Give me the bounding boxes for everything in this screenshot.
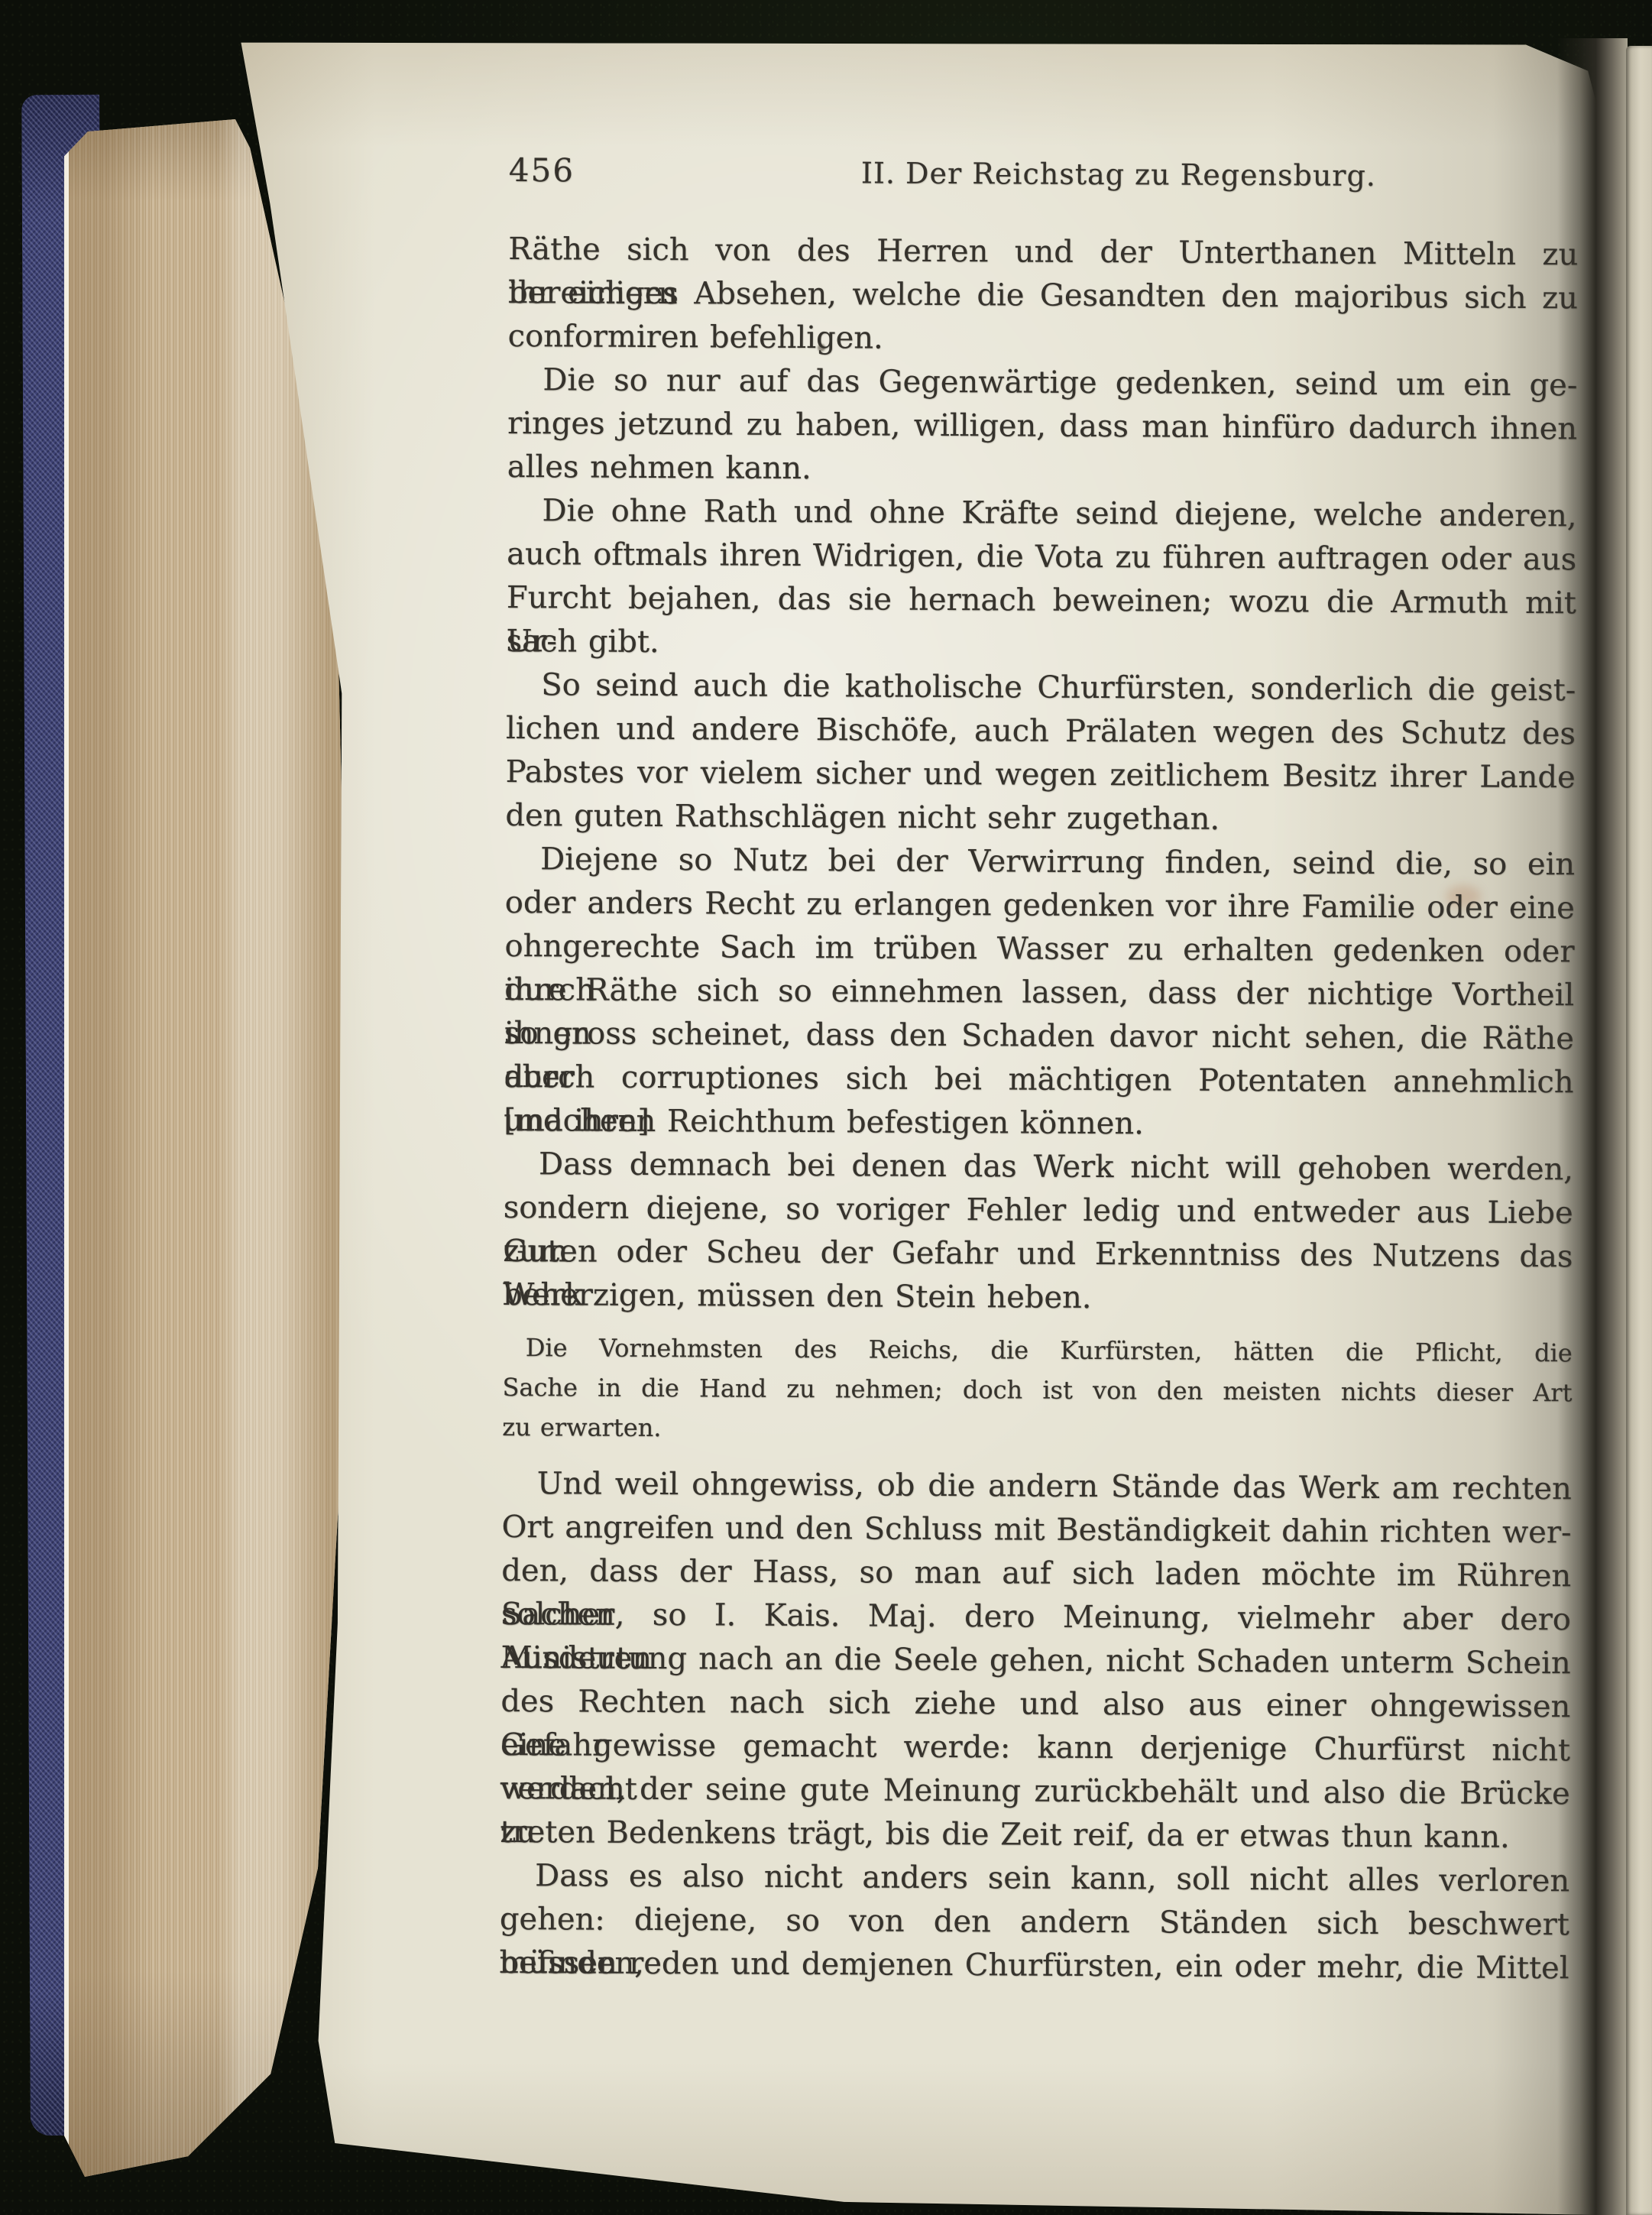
text-line: sach gibt.: [506, 620, 1576, 669]
text-line: und ihren Reichthum befestigen können.: [504, 1099, 1573, 1148]
paragraph: Die so nur auf das Gegenwärtige gedenken…: [507, 358, 1578, 495]
running-header: 456 II. Der Reichstag zu Regensburg.: [509, 151, 1579, 193]
text-line: So seind auch die katholische Churfürste…: [506, 663, 1576, 712]
text-line: werden, der seine gute Meinung zurückbeh…: [500, 1767, 1570, 1816]
book-page: 456 II. Der Reichstag zu Regensburg. Rät…: [223, 38, 1603, 2215]
book-photo: { "book": { "background_color": "#0c0f09…: [0, 0, 1652, 2215]
text-line: ihr einiges Absehen, welche die Gesandte…: [508, 271, 1578, 320]
paragraph-small-print: Die Vornehmsten des Reichs, die Kurfürst…: [502, 1328, 1573, 1452]
text-line: oder anders Recht zu erlangen gedenken v…: [505, 881, 1575, 930]
paragraphs-container: Räthe sich von des Herren und der Untert…: [499, 228, 1578, 1990]
text-line: eine gewisse gemacht werde: kann derjeni…: [500, 1724, 1570, 1772]
text-line: Ausdeutung nach an die Seele gehen, nich…: [501, 1636, 1571, 1685]
text-line: alles nehmen kann.: [507, 446, 1577, 495]
text-line: Die ohne Rath und ohne Kräfte seind diej…: [507, 489, 1576, 538]
text-line: conformiren befehligen.: [508, 315, 1578, 364]
text-line: ohngerechte Sach im trüben Wasser zu erh…: [504, 925, 1574, 974]
paragraph: Diejene so Nutz bei der Verwirrung finde…: [504, 838, 1575, 1148]
text-line: Sachen, so I. Kais. Maj. dero Meinung, v…: [501, 1593, 1571, 1642]
text-line: so gross scheinet, dass den Schaden davo…: [504, 1012, 1574, 1061]
text-line: Dass demnach bei denen das Werk nicht wi…: [504, 1143, 1573, 1192]
text-line: ringes jetzund zu haben, willigen, dass …: [507, 402, 1577, 451]
text-line: den, dass der Hass, so man auf sich lade…: [501, 1549, 1571, 1598]
text-line: Guten oder Scheu der Gefahr und Erkenntn…: [503, 1230, 1573, 1279]
text-line: des Rechten nach sich ziehe und also aus…: [500, 1680, 1570, 1729]
text-line: müssen reden und demjenen Churfürsten, e…: [499, 1941, 1569, 1990]
text-line: den guten Rathschlägen nicht sehr zugeth…: [505, 794, 1575, 843]
paragraph: Räthe sich von des Herren und der Untert…: [508, 228, 1579, 364]
text-line: Die so nur auf das Gegenwärtige gedenken…: [507, 358, 1577, 407]
text-line: beherzigen, müssen den Stein heben.: [503, 1273, 1573, 1322]
text-line: sondern diejene, so voriger Fehler ledig…: [504, 1186, 1573, 1235]
facing-page-edge: [1626, 46, 1652, 2215]
page-text-block: 456 II. Der Reichstag zu Regensburg. Rät…: [499, 151, 1579, 1990]
page-number: 456: [509, 151, 575, 189]
text-line: Furcht bejahen, das sie hernach beweinen…: [507, 576, 1576, 625]
paragraph: Dass demnach bei denen das Werk nicht wi…: [503, 1143, 1573, 1322]
paragraph: Die ohne Rath und ohne Kräfte seind diej…: [506, 489, 1576, 669]
text-line: Dass es also nicht anders sein kann, sol…: [500, 1854, 1569, 1903]
text-line: Diejene so Nutz bei der Verwirrung finde…: [505, 838, 1575, 887]
text-line: Pabstes vor vielem sicher und wegen zeit…: [506, 751, 1576, 799]
text-line: zu erwarten.: [502, 1407, 1572, 1452]
gutter-shadow: [1557, 38, 1628, 2215]
text-line: durch corruptiones sich bei mächtigen Po…: [504, 1056, 1574, 1104]
text-line: gehen: diejene, so von den andern Stände…: [500, 1898, 1569, 1947]
text-line: auch oftmals ihren Widrigen, die Vota zu…: [507, 533, 1576, 582]
text-line: lichen und andere Bischöfe, auch Prälate…: [506, 707, 1576, 756]
text-line: treten Bedenkens trägt, bis die Zeit rei…: [500, 1811, 1569, 1860]
text-line: Die Vornehmsten des Reichs, die Kurfürst…: [503, 1328, 1573, 1373]
text-line: ihre Räthe sich so einnehmen lassen, das…: [504, 968, 1574, 1017]
running-header-title: II. Der Reichstag zu Regensburg.: [575, 154, 1579, 193]
paragraph: Und weil ohngewiss, ob die andern Stände…: [500, 1462, 1572, 1860]
paragraph: So seind auch die katholische Churfürste…: [505, 663, 1576, 843]
paragraph: Dass es also nicht anders sein kann, sol…: [499, 1854, 1569, 1990]
text-line: Sache in die Hand zu nehmen; doch ist vo…: [502, 1367, 1572, 1412]
text-line: Ort angreifen und den Schluss mit Bestän…: [501, 1506, 1571, 1555]
text-line: Und weil ohngewiss, ob die andern Stände…: [502, 1462, 1572, 1511]
text-line: Räthe sich von des Herren und der Untert…: [508, 228, 1578, 277]
